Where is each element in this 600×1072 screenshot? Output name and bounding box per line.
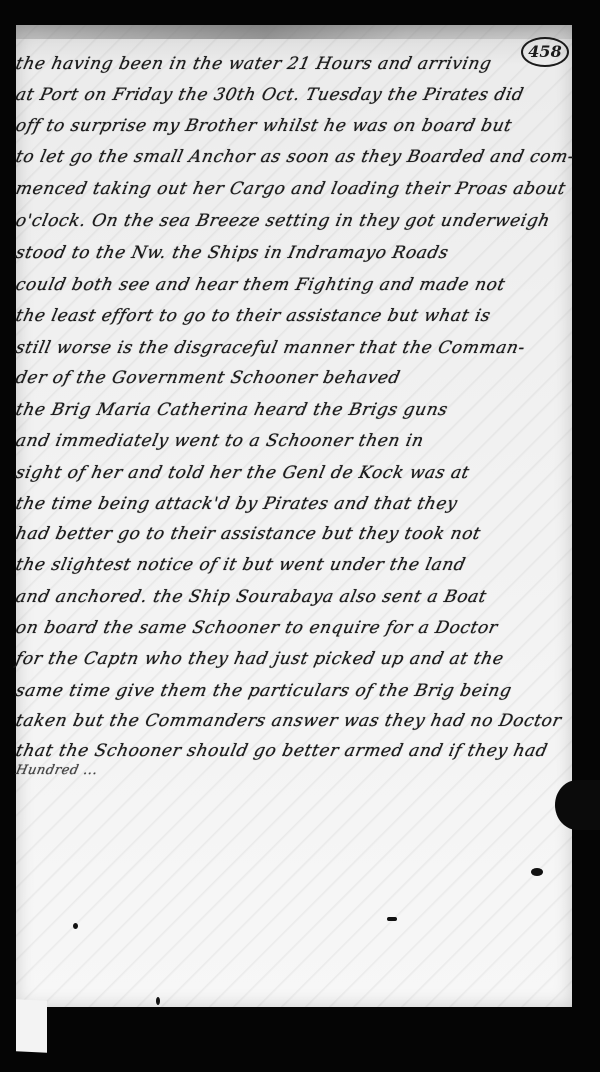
manuscript-line: still worse is the disgraceful manner th… <box>14 338 574 358</box>
manuscript-line: on board the same Schooner to enquire fo… <box>14 618 574 638</box>
page-tab-fold <box>16 999 47 1053</box>
manuscript-line: that the Schooner should go better armed… <box>14 741 574 761</box>
manuscript-line: same time give them the particulars of t… <box>14 681 574 701</box>
manuscript-line: the having been in the water 21 Hours an… <box>14 54 574 74</box>
ink-spot <box>73 923 78 929</box>
manuscript-line: the time being attack'd by Pirates and t… <box>14 494 574 514</box>
manuscript-line: the Brig Maria Catherina heard the Brigs… <box>14 400 574 420</box>
manuscript-line: at Port on Friday the 30th Oct. Tuesday … <box>14 85 574 105</box>
manuscript-page: 458 the having been in the water 21 Hour… <box>16 25 572 1007</box>
manuscript-line: and immediately went to a Schooner then … <box>14 431 574 451</box>
manuscript-line: and anchored. the Ship Sourabaya also se… <box>14 587 574 607</box>
manuscript-line: taken but the Commanders answer was they… <box>14 711 574 731</box>
manuscript-line: o'clock. On the sea Breeze setting in th… <box>14 211 574 231</box>
bleed-through-texture <box>16 25 572 1007</box>
manuscript-line: could both see and hear them Fighting an… <box>14 275 574 295</box>
manuscript-line: der of the Government Schooner behaved <box>14 368 574 388</box>
manuscript-line: sight of her and told her the Genl de Ko… <box>14 463 574 483</box>
manuscript-line: for the Captn who they had just picked u… <box>14 649 574 669</box>
manuscript-line: the least effort to go to their assistan… <box>14 306 574 326</box>
page-top-stain <box>16 25 572 39</box>
ink-spot <box>156 997 160 1005</box>
ink-spot <box>387 917 397 921</box>
manuscript-line: menced taking out her Cargo and loading … <box>14 179 574 199</box>
ink-spot <box>531 868 543 876</box>
manuscript-line: had better go to their assistance but th… <box>14 524 574 544</box>
manuscript-line: Hundred ... <box>14 763 573 778</box>
manuscript-line: to let go the small Anchor as soon as th… <box>14 147 574 167</box>
manuscript-line: off to surprise my Brother whilst he was… <box>14 116 574 136</box>
binding-hole <box>555 780 600 830</box>
manuscript-line: stood to the Nw. the Ships in Indramayo … <box>14 243 574 263</box>
manuscript-line: the slightest notice of it but went unde… <box>14 555 574 575</box>
